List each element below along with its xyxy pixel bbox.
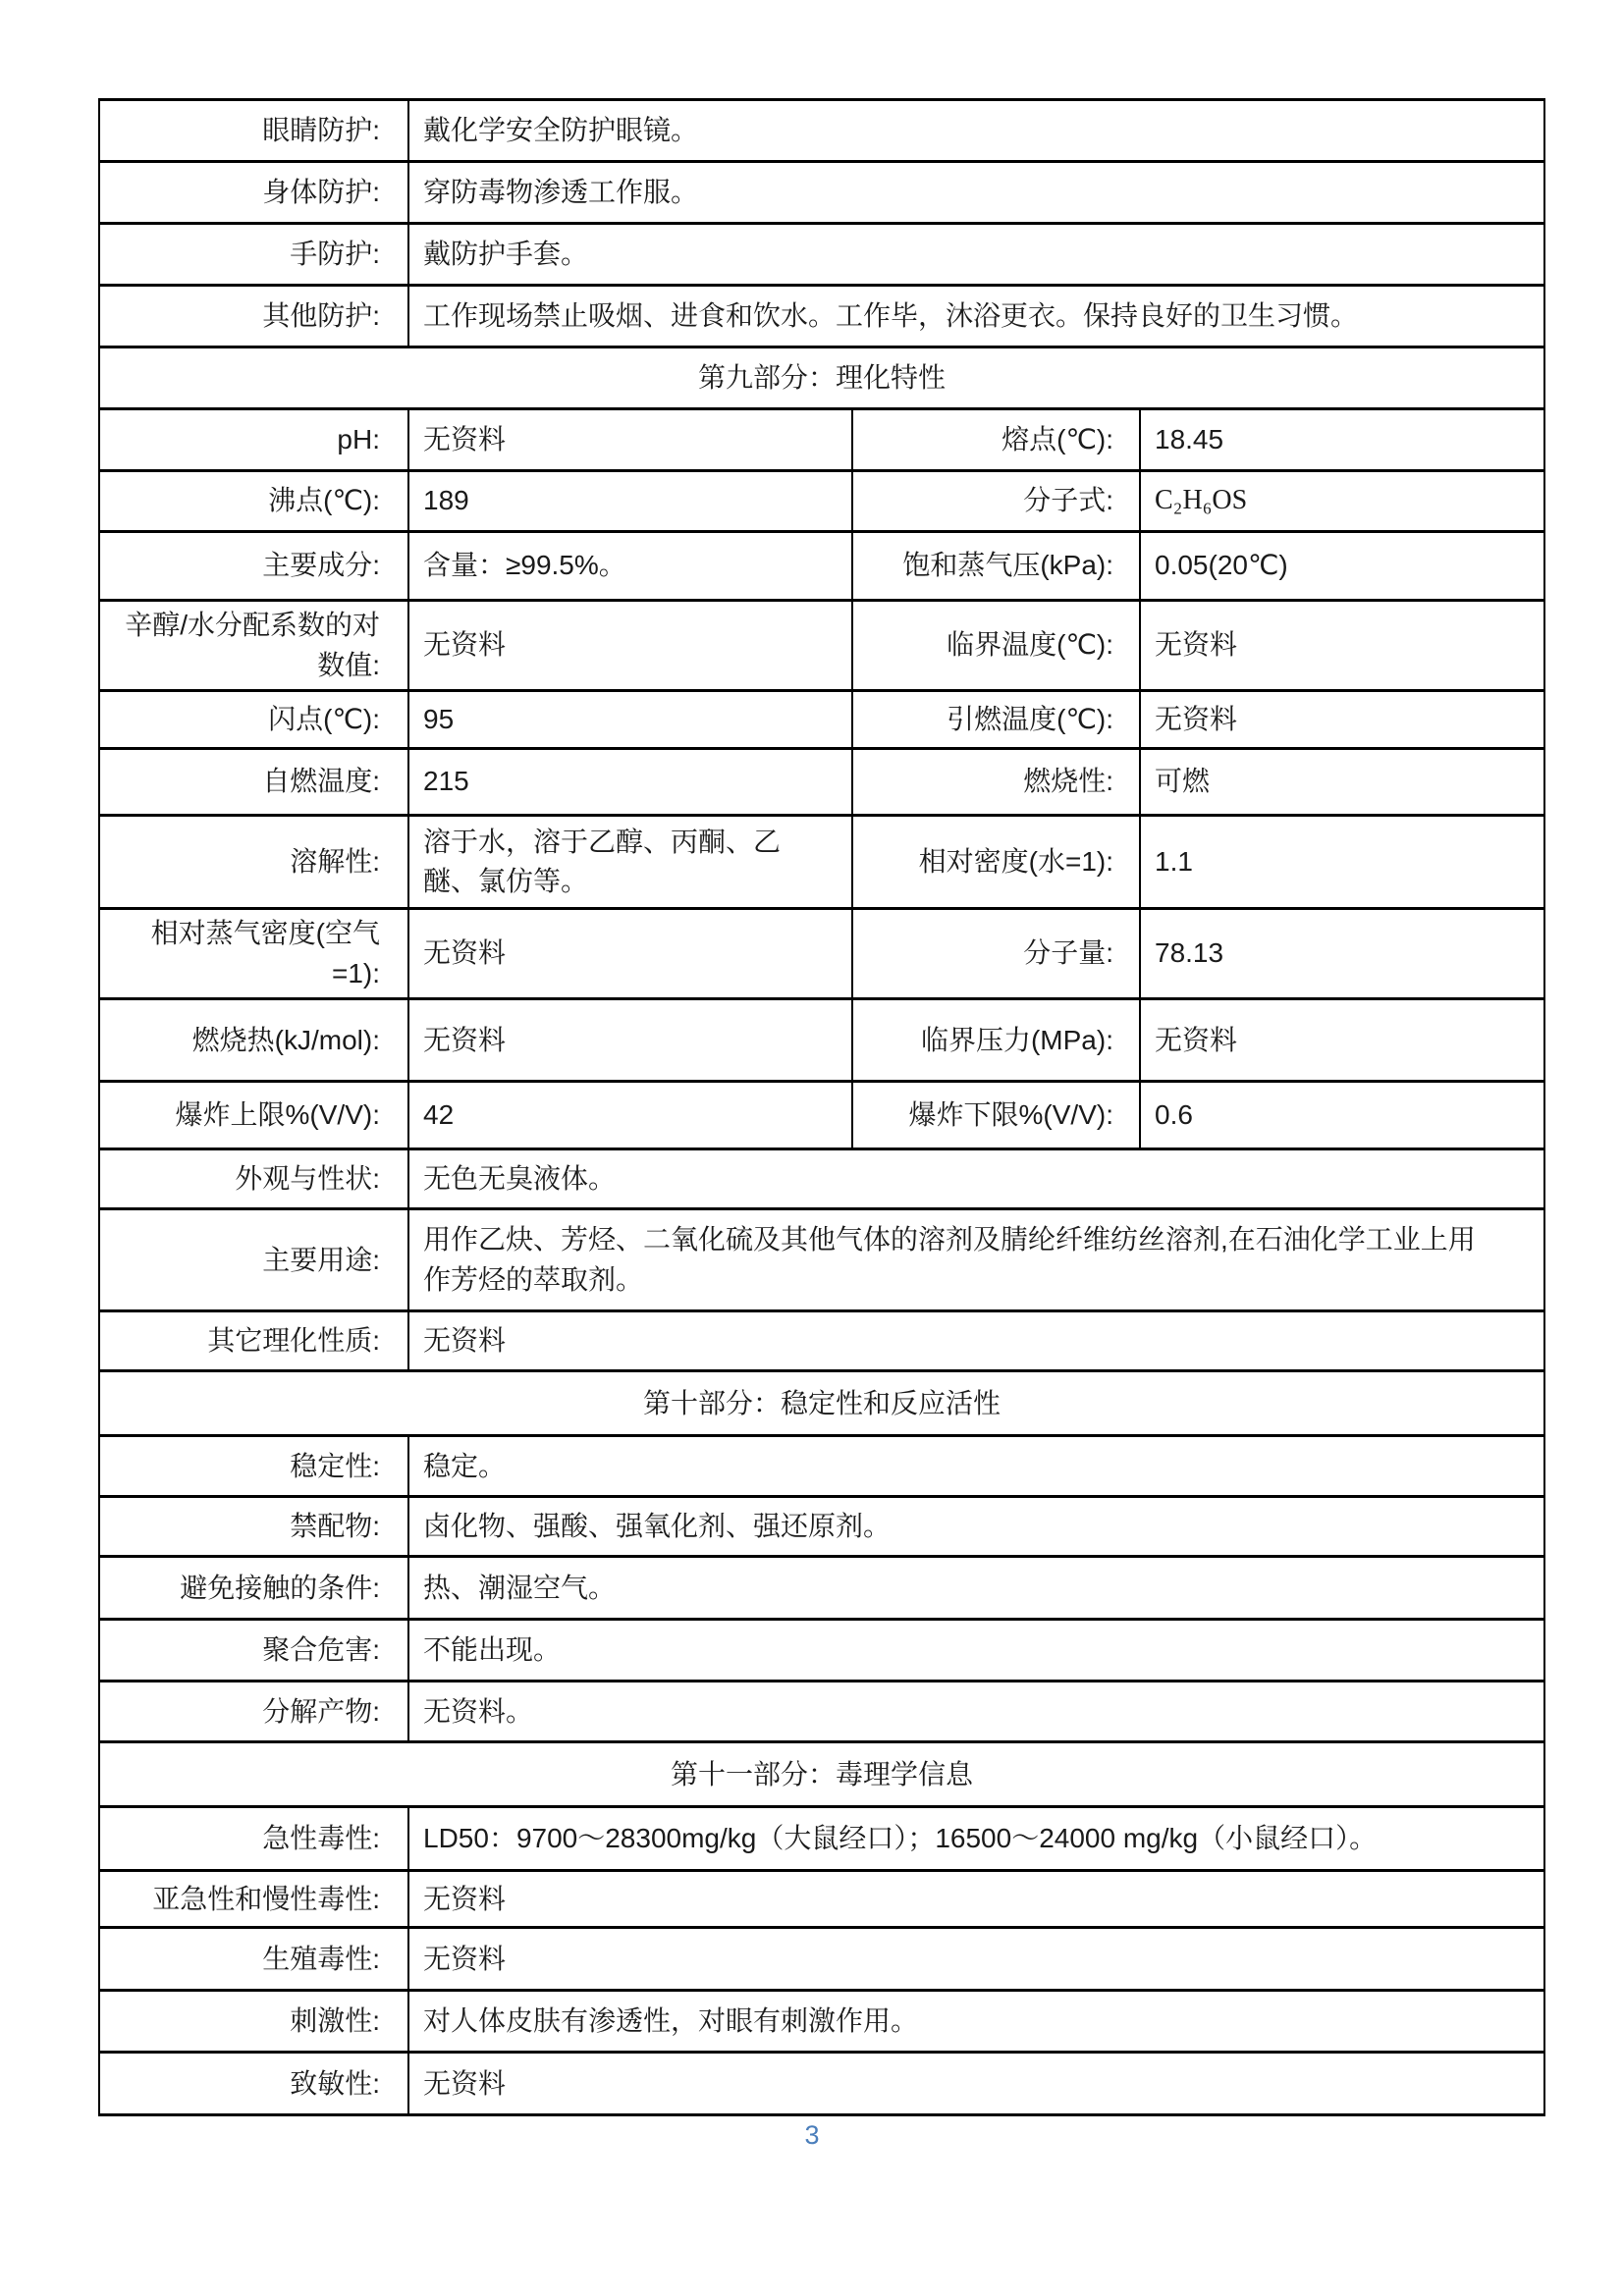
table-row: 亚急性和慢性毒性: 无资料 xyxy=(99,1871,1544,1928)
molecular-formula-label: 分子式: xyxy=(852,471,1140,532)
table-row: 其它理化性质: 无资料 xyxy=(99,1311,1544,1371)
polymerization-hazard-label: 聚合危害: xyxy=(99,1620,408,1682)
ignition-temperature-label: 引燃温度(℃): xyxy=(852,691,1140,749)
table-row: 其他防护: 工作现场禁止吸烟、进食和饮水。工作毕，沐浴更衣。保持良好的卫生习惯。 xyxy=(99,286,1544,347)
table-row: 自燃温度: 215 燃烧性: 可燃 xyxy=(99,749,1544,816)
boiling-point-value: 189 xyxy=(408,471,852,532)
explosion-upper-limit-value: 42 xyxy=(408,1082,852,1149)
molecular-weight-label: 分子量: xyxy=(852,909,1140,999)
relative-vapor-density-label: 相对蒸气密度(空气=1): xyxy=(99,909,408,999)
table-row: 分解产物: 无资料。 xyxy=(99,1682,1544,1742)
appearance-value: 无色无臭液体。 xyxy=(408,1149,1544,1209)
explosion-upper-limit-label: 爆炸上限%(V/V): xyxy=(99,1082,408,1149)
table-row: 禁配物: 卤化物、强酸、强氧化剂、强还原剂。 xyxy=(99,1497,1544,1557)
heat-of-combustion-value: 无资料 xyxy=(408,999,852,1082)
hand-protection-label: 手防护: xyxy=(99,224,408,286)
msds-table: 眼睛防护: 戴化学安全防护眼镜。 身体防护: 穿防毒物渗透工作服。 手防护: 戴… xyxy=(98,98,1545,2116)
body-protection-label: 身体防护: xyxy=(99,162,408,224)
table-row: 刺激性: 对人体皮肤有渗透性，对眼有刺激作用。 xyxy=(99,1991,1544,2053)
octanol-water-partition-value: 无资料 xyxy=(408,601,852,691)
table-row: 闪点(℃): 95 引燃温度(℃): 无资料 xyxy=(99,691,1544,749)
irritation-label: 刺激性: xyxy=(99,1991,408,2053)
section-toxicology-title: 第十一部分：毒理学信息 xyxy=(99,1742,1544,1807)
other-properties-value: 无资料 xyxy=(408,1311,1544,1371)
heat-of-combustion-label: 燃烧热(kJ/mol): xyxy=(99,999,408,1082)
relative-vapor-density-value: 无资料 xyxy=(408,909,852,999)
octanol-water-partition-label: 辛醇/水分配系数的对数值: xyxy=(99,601,408,691)
boiling-point-label: 沸点(℃): xyxy=(99,471,408,532)
table-row: 眼睛防护: 戴化学安全防护眼镜。 xyxy=(99,100,1544,162)
saturated-vapor-pressure-value: 0.05(20℃) xyxy=(1140,532,1544,601)
reproductive-toxicity-label: 生殖毒性: xyxy=(99,1928,408,1991)
incompatibilities-value: 卤化物、强酸、强氧化剂、强还原剂。 xyxy=(408,1497,1544,1557)
melting-point-value: 18.45 xyxy=(1140,409,1544,471)
sensitization-value: 无资料 xyxy=(408,2053,1544,2115)
table-row: 身体防护: 穿防毒物渗透工作服。 xyxy=(99,162,1544,224)
ignition-temperature-value: 无资料 xyxy=(1140,691,1544,749)
molecular-weight-value: 78.13 xyxy=(1140,909,1544,999)
section-header-row: 第十一部分：毒理学信息 xyxy=(99,1742,1544,1807)
main-uses-label: 主要用途: xyxy=(99,1209,408,1311)
section-header-row: 第九部分：理化特性 xyxy=(99,347,1544,409)
relative-density-value: 1.1 xyxy=(1140,816,1544,909)
appearance-label: 外观与性状: xyxy=(99,1149,408,1209)
incompatibilities-label: 禁配物: xyxy=(99,1497,408,1557)
acute-toxicity-label: 急性毒性: xyxy=(99,1807,408,1871)
explosion-lower-limit-label: 爆炸下限%(V/V): xyxy=(852,1082,1140,1149)
critical-pressure-value: 无资料 xyxy=(1140,999,1544,1082)
flammability-label: 燃烧性: xyxy=(852,749,1140,816)
subacute-chronic-toxicity-label: 亚急性和慢性毒性: xyxy=(99,1871,408,1928)
melting-point-label: 熔点(℃): xyxy=(852,409,1140,471)
conditions-to-avoid-value: 热、潮湿空气。 xyxy=(408,1557,1544,1620)
body-protection-value: 穿防毒物渗透工作服。 xyxy=(408,162,1544,224)
ph-value: 无资料 xyxy=(408,409,852,471)
molecular-formula-value: C₂H₆OS xyxy=(1140,471,1544,532)
explosion-lower-limit-value: 0.6 xyxy=(1140,1082,1544,1149)
msds-page: 眼睛防护: 戴化学安全防护眼镜。 身体防护: 穿防毒物渗透工作服。 手防护: 戴… xyxy=(0,0,1624,2296)
flammability-value: 可燃 xyxy=(1140,749,1544,816)
table-row: 生殖毒性: 无资料 xyxy=(99,1928,1544,1991)
section-physical-chemical-title: 第九部分：理化特性 xyxy=(99,347,1544,409)
decomposition-products-value: 无资料。 xyxy=(408,1682,1544,1742)
table-row: 手防护: 戴防护手套。 xyxy=(99,224,1544,286)
table-row: pH: 无资料 熔点(℃): 18.45 xyxy=(99,409,1544,471)
table-row: 辛醇/水分配系数的对数值: 无资料 临界温度(℃): 无资料 xyxy=(99,601,1544,691)
other-properties-label: 其它理化性质: xyxy=(99,1311,408,1371)
irritation-value: 对人体皮肤有渗透性，对眼有刺激作用。 xyxy=(408,1991,1544,2053)
decomposition-products-label: 分解产物: xyxy=(99,1682,408,1742)
section-header-row: 第十部分：稳定性和反应活性 xyxy=(99,1371,1544,1436)
autoignition-temperature-value: 215 xyxy=(408,749,852,816)
table-row: 沸点(℃): 189 分子式: C₂H₆OS xyxy=(99,471,1544,532)
critical-temperature-value: 无资料 xyxy=(1140,601,1544,691)
flash-point-value: 95 xyxy=(408,691,852,749)
page-number: 3 xyxy=(0,2120,1624,2151)
main-components-label: 主要成分: xyxy=(99,532,408,601)
saturated-vapor-pressure-label: 饱和蒸气压(kPa): xyxy=(852,532,1140,601)
table-row: 急性毒性: LD50：9700～28300mg/kg（大鼠经口）；16500～2… xyxy=(99,1807,1544,1871)
solubility-label: 溶解性: xyxy=(99,816,408,909)
table-row: 主要用途: 用作乙炔、芳烃、二氧化硫及其他气体的溶剂及腈纶纤维纺丝溶剂,在石油化… xyxy=(99,1209,1544,1311)
table-row: 稳定性: 稳定。 xyxy=(99,1436,1544,1497)
acute-toxicity-value: LD50：9700～28300mg/kg（大鼠经口）；16500～24000 m… xyxy=(408,1807,1544,1871)
table-row: 燃烧热(kJ/mol): 无资料 临界压力(MPa): 无资料 xyxy=(99,999,1544,1082)
table-row: 避免接触的条件: 热、潮湿空气。 xyxy=(99,1557,1544,1620)
reproductive-toxicity-value: 无资料 xyxy=(408,1928,1544,1991)
section-stability-title: 第十部分：稳定性和反应活性 xyxy=(99,1371,1544,1436)
main-components-value: 含量：≥99.5%。 xyxy=(408,532,852,601)
table-row: 爆炸上限%(V/V): 42 爆炸下限%(V/V): 0.6 xyxy=(99,1082,1544,1149)
table-row: 主要成分: 含量：≥99.5%。 饱和蒸气压(kPa): 0.05(20℃) xyxy=(99,532,1544,601)
flash-point-label: 闪点(℃): xyxy=(99,691,408,749)
conditions-to-avoid-label: 避免接触的条件: xyxy=(99,1557,408,1620)
stability-label: 稳定性: xyxy=(99,1436,408,1497)
eye-protection-label: 眼睛防护: xyxy=(99,100,408,162)
table-row: 外观与性状: 无色无臭液体。 xyxy=(99,1149,1544,1209)
stability-value: 稳定。 xyxy=(408,1436,1544,1497)
critical-pressure-label: 临界压力(MPa): xyxy=(852,999,1140,1082)
table-row: 溶解性: 溶于水，溶于乙醇、丙酮、乙醚、氯仿等。 相对密度(水=1): 1.1 xyxy=(99,816,1544,909)
main-uses-value: 用作乙炔、芳烃、二氧化硫及其他气体的溶剂及腈纶纤维纺丝溶剂,在石油化学工业上用作… xyxy=(408,1209,1544,1311)
other-protection-label: 其他防护: xyxy=(99,286,408,347)
subacute-chronic-toxicity-value: 无资料 xyxy=(408,1871,1544,1928)
ph-label: pH: xyxy=(99,409,408,471)
polymerization-hazard-value: 不能出现。 xyxy=(408,1620,1544,1682)
table-row: 相对蒸气密度(空气=1): 无资料 分子量: 78.13 xyxy=(99,909,1544,999)
other-protection-value: 工作现场禁止吸烟、进食和饮水。工作毕，沐浴更衣。保持良好的卫生习惯。 xyxy=(408,286,1544,347)
hand-protection-value: 戴防护手套。 xyxy=(408,224,1544,286)
solubility-value: 溶于水，溶于乙醇、丙酮、乙醚、氯仿等。 xyxy=(408,816,852,909)
sensitization-label: 致敏性: xyxy=(99,2053,408,2115)
table-row: 致敏性: 无资料 xyxy=(99,2053,1544,2115)
eye-protection-value: 戴化学安全防护眼镜。 xyxy=(408,100,1544,162)
critical-temperature-label: 临界温度(℃): xyxy=(852,601,1140,691)
relative-density-label: 相对密度(水=1): xyxy=(852,816,1140,909)
autoignition-temperature-label: 自燃温度: xyxy=(99,749,408,816)
table-row: 聚合危害: 不能出现。 xyxy=(99,1620,1544,1682)
